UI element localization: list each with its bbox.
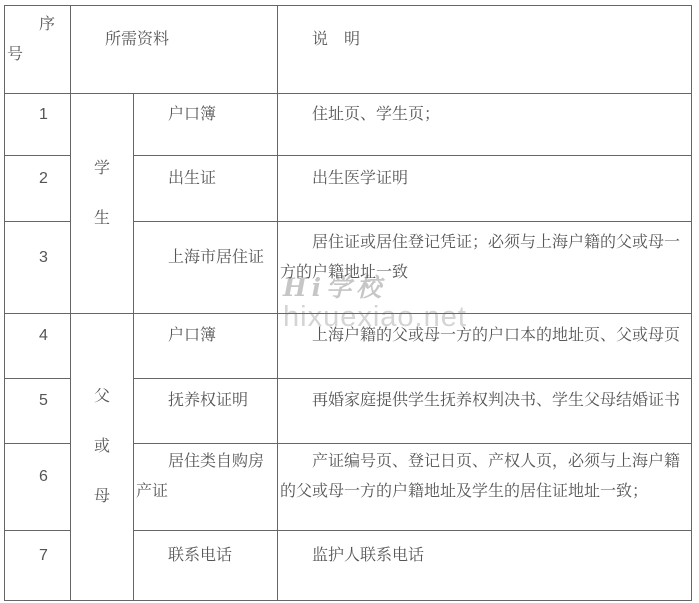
row-2-serial: 2: [5, 156, 71, 222]
description-text: 居住证或居住登记凭证；必须与上海户籍的父或母一方的户籍地址一致: [280, 228, 689, 288]
item-label: 抚养权证明: [136, 386, 275, 416]
row-3-serial: 3: [5, 222, 71, 314]
description-text: 再婚家庭提供学生抚养权判决书、学生父母结婚证书: [280, 386, 689, 416]
item-label: 联系电话: [136, 541, 275, 571]
row-2-item: 出生证: [134, 156, 278, 222]
row-7-item: 联系电话: [134, 531, 278, 601]
row-3-description: 居住证或居住登记凭证；必须与上海户籍的父或母一方的户籍地址一致: [278, 222, 692, 314]
description-text: 住址页、学生页；: [280, 100, 689, 130]
row-5-description: 再婚家庭提供学生抚养权判决书、学生父母结婚证书: [278, 379, 692, 444]
row-1-description: 住址页、学生页；: [278, 94, 692, 156]
description-text: 监护人联系电话: [280, 541, 689, 571]
row-4-item: 户口簿: [134, 314, 278, 379]
item-label: 居住类自购房产证: [136, 447, 275, 507]
group-parent-cell: 父 或 母: [71, 314, 134, 601]
row-5-item: 抚养权证明: [134, 379, 278, 444]
required-materials-table: 序号 所需资料 说 明 1 学 生 户口簿 住址页、学生页； 2 出生证 出生医…: [4, 5, 692, 601]
item-label: 上海市居住证: [136, 243, 275, 273]
serial-number: 2: [7, 164, 68, 194]
header-row: 序号 所需资料 说 明: [5, 6, 692, 94]
item-label: 户口簿: [136, 321, 275, 351]
item-label: 户口簿: [136, 100, 275, 130]
group-student-cell: 学 生: [71, 94, 134, 314]
row-6-description: 产证编号页、登记日页、产权人页，必须与上海户籍的父或母一方的户籍地址及学生的居住…: [278, 444, 692, 531]
row-4-serial: 4: [5, 314, 71, 379]
table-row: 1 学 生 户口簿 住址页、学生页；: [5, 94, 692, 156]
header-materials-label: 所需资料: [73, 25, 275, 55]
table-row: 4 父 或 母 户口簿 上海户籍的父或母一方的户口本的地址页、父或母页: [5, 314, 692, 379]
row-1-serial: 1: [5, 94, 71, 156]
row-5-serial: 5: [5, 379, 71, 444]
description-text: 产证编号页、登记日页、产权人页，必须与上海户籍的父或母一方的户籍地址及学生的居住…: [280, 447, 689, 507]
row-4-description: 上海户籍的父或母一方的户口本的地址页、父或母页: [278, 314, 692, 379]
row-7-description: 监护人联系电话: [278, 531, 692, 601]
group-parent-label: 父 或 母: [94, 372, 110, 522]
serial-number: 1: [7, 100, 68, 130]
serial-number: 5: [7, 386, 68, 416]
serial-number: 3: [7, 243, 68, 273]
description-text: 出生医学证明: [280, 164, 689, 194]
group-student-label: 学 生: [94, 144, 110, 244]
row-3-item: 上海市居住证: [134, 222, 278, 314]
header-description-cell: 说 明: [278, 6, 692, 94]
serial-number: 7: [7, 541, 68, 571]
header-materials-cell: 所需资料: [71, 6, 278, 94]
row-6-serial: 6: [5, 444, 71, 531]
serial-number: 6: [7, 462, 68, 492]
serial-number: 4: [7, 321, 68, 351]
item-label: 出生证: [136, 164, 275, 194]
header-serial-cell: 序号: [5, 6, 71, 94]
row-6-item: 居住类自购房产证: [134, 444, 278, 531]
row-2-description: 出生医学证明: [278, 156, 692, 222]
description-text: 上海户籍的父或母一方的户口本的地址页、父或母页: [280, 321, 689, 351]
row-7-serial: 7: [5, 531, 71, 601]
row-1-item: 户口簿: [134, 94, 278, 156]
header-description-label: 说 明: [280, 25, 689, 55]
header-serial-label: 序号: [7, 10, 68, 70]
